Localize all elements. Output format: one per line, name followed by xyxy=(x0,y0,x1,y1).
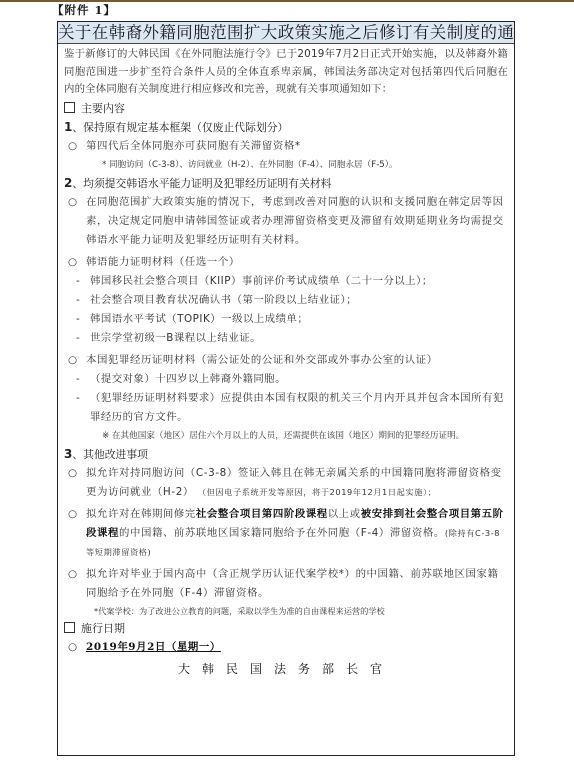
effective-date-item: ○ 2019年9月2日（星期一） xyxy=(64,638,508,657)
annex-label: 【附件 1】 xyxy=(52,2,116,18)
section-effective-date: 施行日期 xyxy=(64,620,508,638)
bullet-item: ○ 拟允许对持同胞访问（C-3-8）签证入韩且在韩无亲属关系的中国籍同胞将滞留资… xyxy=(64,464,508,502)
dash-text: （犯罪经历证明材料要求）应提供由本国有权限的机关三个月内开具并包含本国所有犯罪经… xyxy=(90,392,504,423)
dash-item: -（犯罪经历证明材料要求）应提供由本国有权限的机关三个月内开具并包含本国所有犯罪… xyxy=(64,389,508,427)
dash-icon: - xyxy=(76,310,80,329)
dash-icon: - xyxy=(76,370,80,389)
bullet-text: 本国犯罪经历证明材料（需公证处的公证和外交部或外事办公室的认证） xyxy=(86,354,438,366)
section-main-content: 主要内容 xyxy=(64,100,508,118)
bullet-text: 以上或 xyxy=(328,508,361,520)
bullet-text: 拟允许对毕业于国内高中（含正规学历认证代案学校*）的中国籍、前苏联地区国家籍同胞… xyxy=(86,568,498,599)
item-heading-text: 、其他改进事项 xyxy=(72,448,148,461)
bullet-text: 的中国籍、前苏联地区国家籍同胞给予在外同胞（F-4）滞留资格。 xyxy=(119,527,445,539)
bullet-item: ○ 本国犯罪经历证明材料（需公证处的公证和外交部或外事办公室的认证） xyxy=(64,351,508,370)
section-label: 施行日期 xyxy=(81,622,125,635)
checkbox-square-icon xyxy=(64,622,75,633)
circle-bullet-icon: ○ xyxy=(68,505,78,524)
bullet-item: ○ 在同胞范围扩大政策实施的情况下，考虑到改善对同胞的认识和支援同胞在韩定居等因… xyxy=(64,193,508,250)
dash-item: -（提交对象）十四岁以上韩裔外籍同胞。 xyxy=(64,370,508,389)
bullet-item: ○ 韩语能力证明材料（任选一个） xyxy=(64,253,508,272)
circle-bullet-icon: ○ xyxy=(68,193,78,212)
dash-item: -韩国语水平考试（TOPIK）一级以上成绩单； xyxy=(64,310,508,329)
intro-paragraph: 鉴于新修订的大韩民国《在外同胞法施行令》已于2019年7月2日正式开始实施，以及… xyxy=(64,46,508,99)
dash-text: 韩国语水平考试（TOPIK）一级以上成绩单； xyxy=(90,313,308,325)
item-2-heading: 2、均须提交韩语水平能力证明及犯罪经历证明有关材料 xyxy=(64,174,508,193)
dash-item: -韩国移民社会整合项目（KIIP）事前评价考试成绩单（二十一分以上）； xyxy=(64,272,508,291)
circle-bullet-icon: ○ xyxy=(68,565,78,584)
footnote: ※ 在其他国家（地区）居住六个月以上的人员，还需提供在该国（地区）期间的犯罪经历… xyxy=(64,427,508,445)
circle-bullet-icon: ○ xyxy=(68,351,78,370)
item-1-heading: 1、保持原有规定基本框架（仅废止代际划分） xyxy=(64,118,508,137)
dash-text: 社会整合项目教育状况确认书（第一阶段以上结业证）； xyxy=(90,294,357,306)
dash-text: 韩国移民社会整合项目（KIIP）事前评价考试成绩单（二十一分以上）； xyxy=(90,275,433,287)
section-label: 主要内容 xyxy=(81,102,125,115)
dash-text: （提交对象）十四岁以上韩裔外籍同胞。 xyxy=(90,373,286,385)
checkbox-square-icon xyxy=(64,102,75,113)
notice-box: 关于在韩裔外籍同胞范围扩大政策实施之后修订有关制度的通知 鉴于新修订的大韩民国《… xyxy=(57,21,515,756)
dash-item: -世宗学堂初级一B课程以上结业证。 xyxy=(64,329,508,348)
item-3-heading: 3、其他改进事项 xyxy=(64,445,508,464)
bullet-text: 在同胞范围扩大政策实施的情况下，考虑到改善对同胞的认识和支援同胞在韩定居等因素，… xyxy=(86,196,504,246)
circle-bullet-icon: ○ xyxy=(68,638,78,657)
dash-icon: - xyxy=(76,389,80,408)
bullet-item: ○ 拟允许对在韩期间修完社会整合项目第四阶段课程以上或被安排到社会整合项目第五阶… xyxy=(64,505,508,562)
circle-bullet-icon: ○ xyxy=(68,464,78,483)
effective-date: 2019年9月2日（星期一） xyxy=(86,641,221,653)
bullet-text: 第四代后全体同胞亦可获同胞有关滞留资格* xyxy=(86,140,301,152)
dash-icon: - xyxy=(76,291,80,310)
footnote: * 同胞访问（C-3-8）、访问就业（H-2）、在外同胞（F-4）、同胞永居（F… xyxy=(64,156,508,174)
item-heading-text: 、均须提交韩语水平能力证明及犯罪经历证明有关材料 xyxy=(72,177,331,190)
dash-icon: - xyxy=(76,272,80,291)
bullet-text: 韩语能力证明材料（任选一个） xyxy=(86,256,240,268)
item-heading-text: 、保持原有规定基本框架（仅废止代际划分） xyxy=(72,121,288,134)
dash-icon: - xyxy=(76,329,80,348)
bullet-text: 拟允许对在韩期间修完 xyxy=(86,508,196,520)
circle-bullet-icon: ○ xyxy=(68,253,78,272)
footnote: *代案学校：为了改进公立教育的问题，采取以学生为准的自由课程来运营的学校 xyxy=(64,603,508,619)
bullet-item: ○ 第四代后全体同胞亦可获同胞有关滞留资格* xyxy=(64,137,508,156)
bullet-small-note: （但因电子系统开发等原因，将于2019年12月1日起实施）； xyxy=(198,487,437,497)
notice-title: 关于在韩裔外籍同胞范围扩大政策实施之后修订有关制度的通知 xyxy=(58,22,514,44)
bold-phrase: 社会整合项目第四阶段课程 xyxy=(196,508,328,520)
circle-bullet-icon: ○ xyxy=(68,137,78,156)
bullet-item: ○ 拟允许对毕业于国内高中（含正规学历认证代案学校*）的中国籍、前苏联地区国家籍… xyxy=(64,565,508,603)
signature: 大韩民国法务部长官 xyxy=(64,659,508,679)
dash-text: 世宗学堂初级一B课程以上结业证。 xyxy=(90,332,261,344)
notice-content: 鉴于新修订的大韩民国《在外同胞法施行令》已于2019年7月2日正式开始实施，以及… xyxy=(58,44,514,679)
dash-item: -社会整合项目教育状况确认书（第一阶段以上结业证）； xyxy=(64,291,508,310)
